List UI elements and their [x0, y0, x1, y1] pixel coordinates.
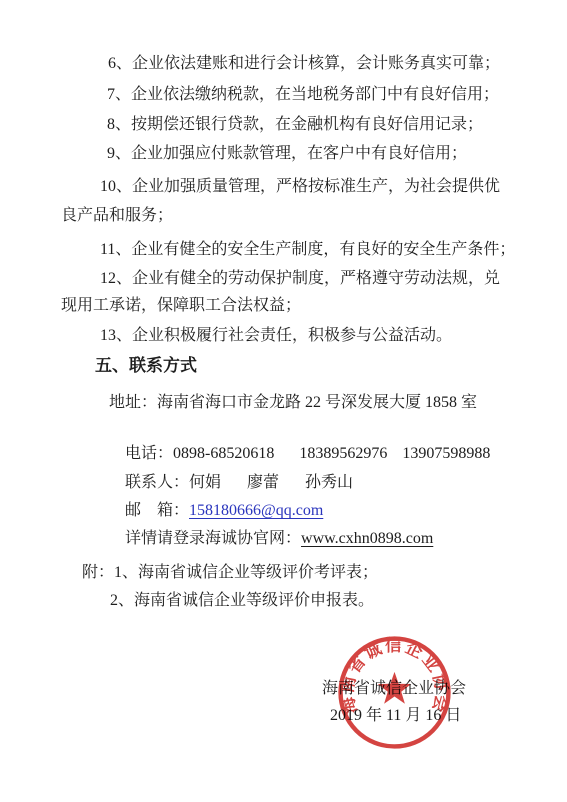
section-heading-contact: 五、联系方式	[95, 355, 197, 377]
document-page: 6、企业依法建账和进行会计核算，会计账务真实可靠； 7、企业依法缴纳税款，在当地…	[0, 0, 567, 802]
website-label: 详情请登录海诚协官网：	[125, 530, 301, 547]
list-item-12-line-1: 12、企业有健全的劳动保护制度，严格遵守劳动法规，兑	[100, 268, 500, 290]
phone-number-3: 13907598988	[402, 445, 490, 462]
list-item-6: 6、企业依法建账和进行会计核算，会计账务真实可靠；	[108, 53, 500, 75]
attachment-line-2: 2、海南省诚信企业等级评价申报表。	[110, 590, 374, 612]
list-item-8: 8、按期偿还银行贷款，在金融机构有良好信用记录；	[107, 114, 483, 136]
list-item-12-line-2: 现用工承诺，保障职工合法权益；	[61, 295, 301, 317]
list-item-11: 11、企业有健全的安全生产制度，有良好的安全生产条件；	[100, 239, 515, 261]
attachment-line-1: 附：1、海南省诚信企业等级评价考评表；	[82, 562, 378, 584]
star-icon	[378, 672, 411, 704]
list-item-7: 7、企业依法缴纳税款，在当地税务部门中有良好信用；	[107, 84, 499, 106]
contact-address-line: 地址：海南省海口市金龙路 22 号深发展大厦 1858 室	[109, 392, 477, 414]
list-item-9: 9、企业加强应付账款管理，在客户中有良好信用；	[107, 143, 467, 165]
list-item-10-line-2: 良产品和服务；	[61, 205, 173, 227]
website-link[interactable]: www.cxhn0898.com	[301, 530, 433, 547]
list-item-13: 13、企业积极履行社会责任，积极参与公益活动。	[100, 325, 452, 347]
official-seal-stamp: 海南省诚信企业协会	[334, 632, 455, 753]
list-item-10-line-1: 10、企业加强质量管理，严格按标准生产，为社会提供优	[100, 176, 500, 198]
